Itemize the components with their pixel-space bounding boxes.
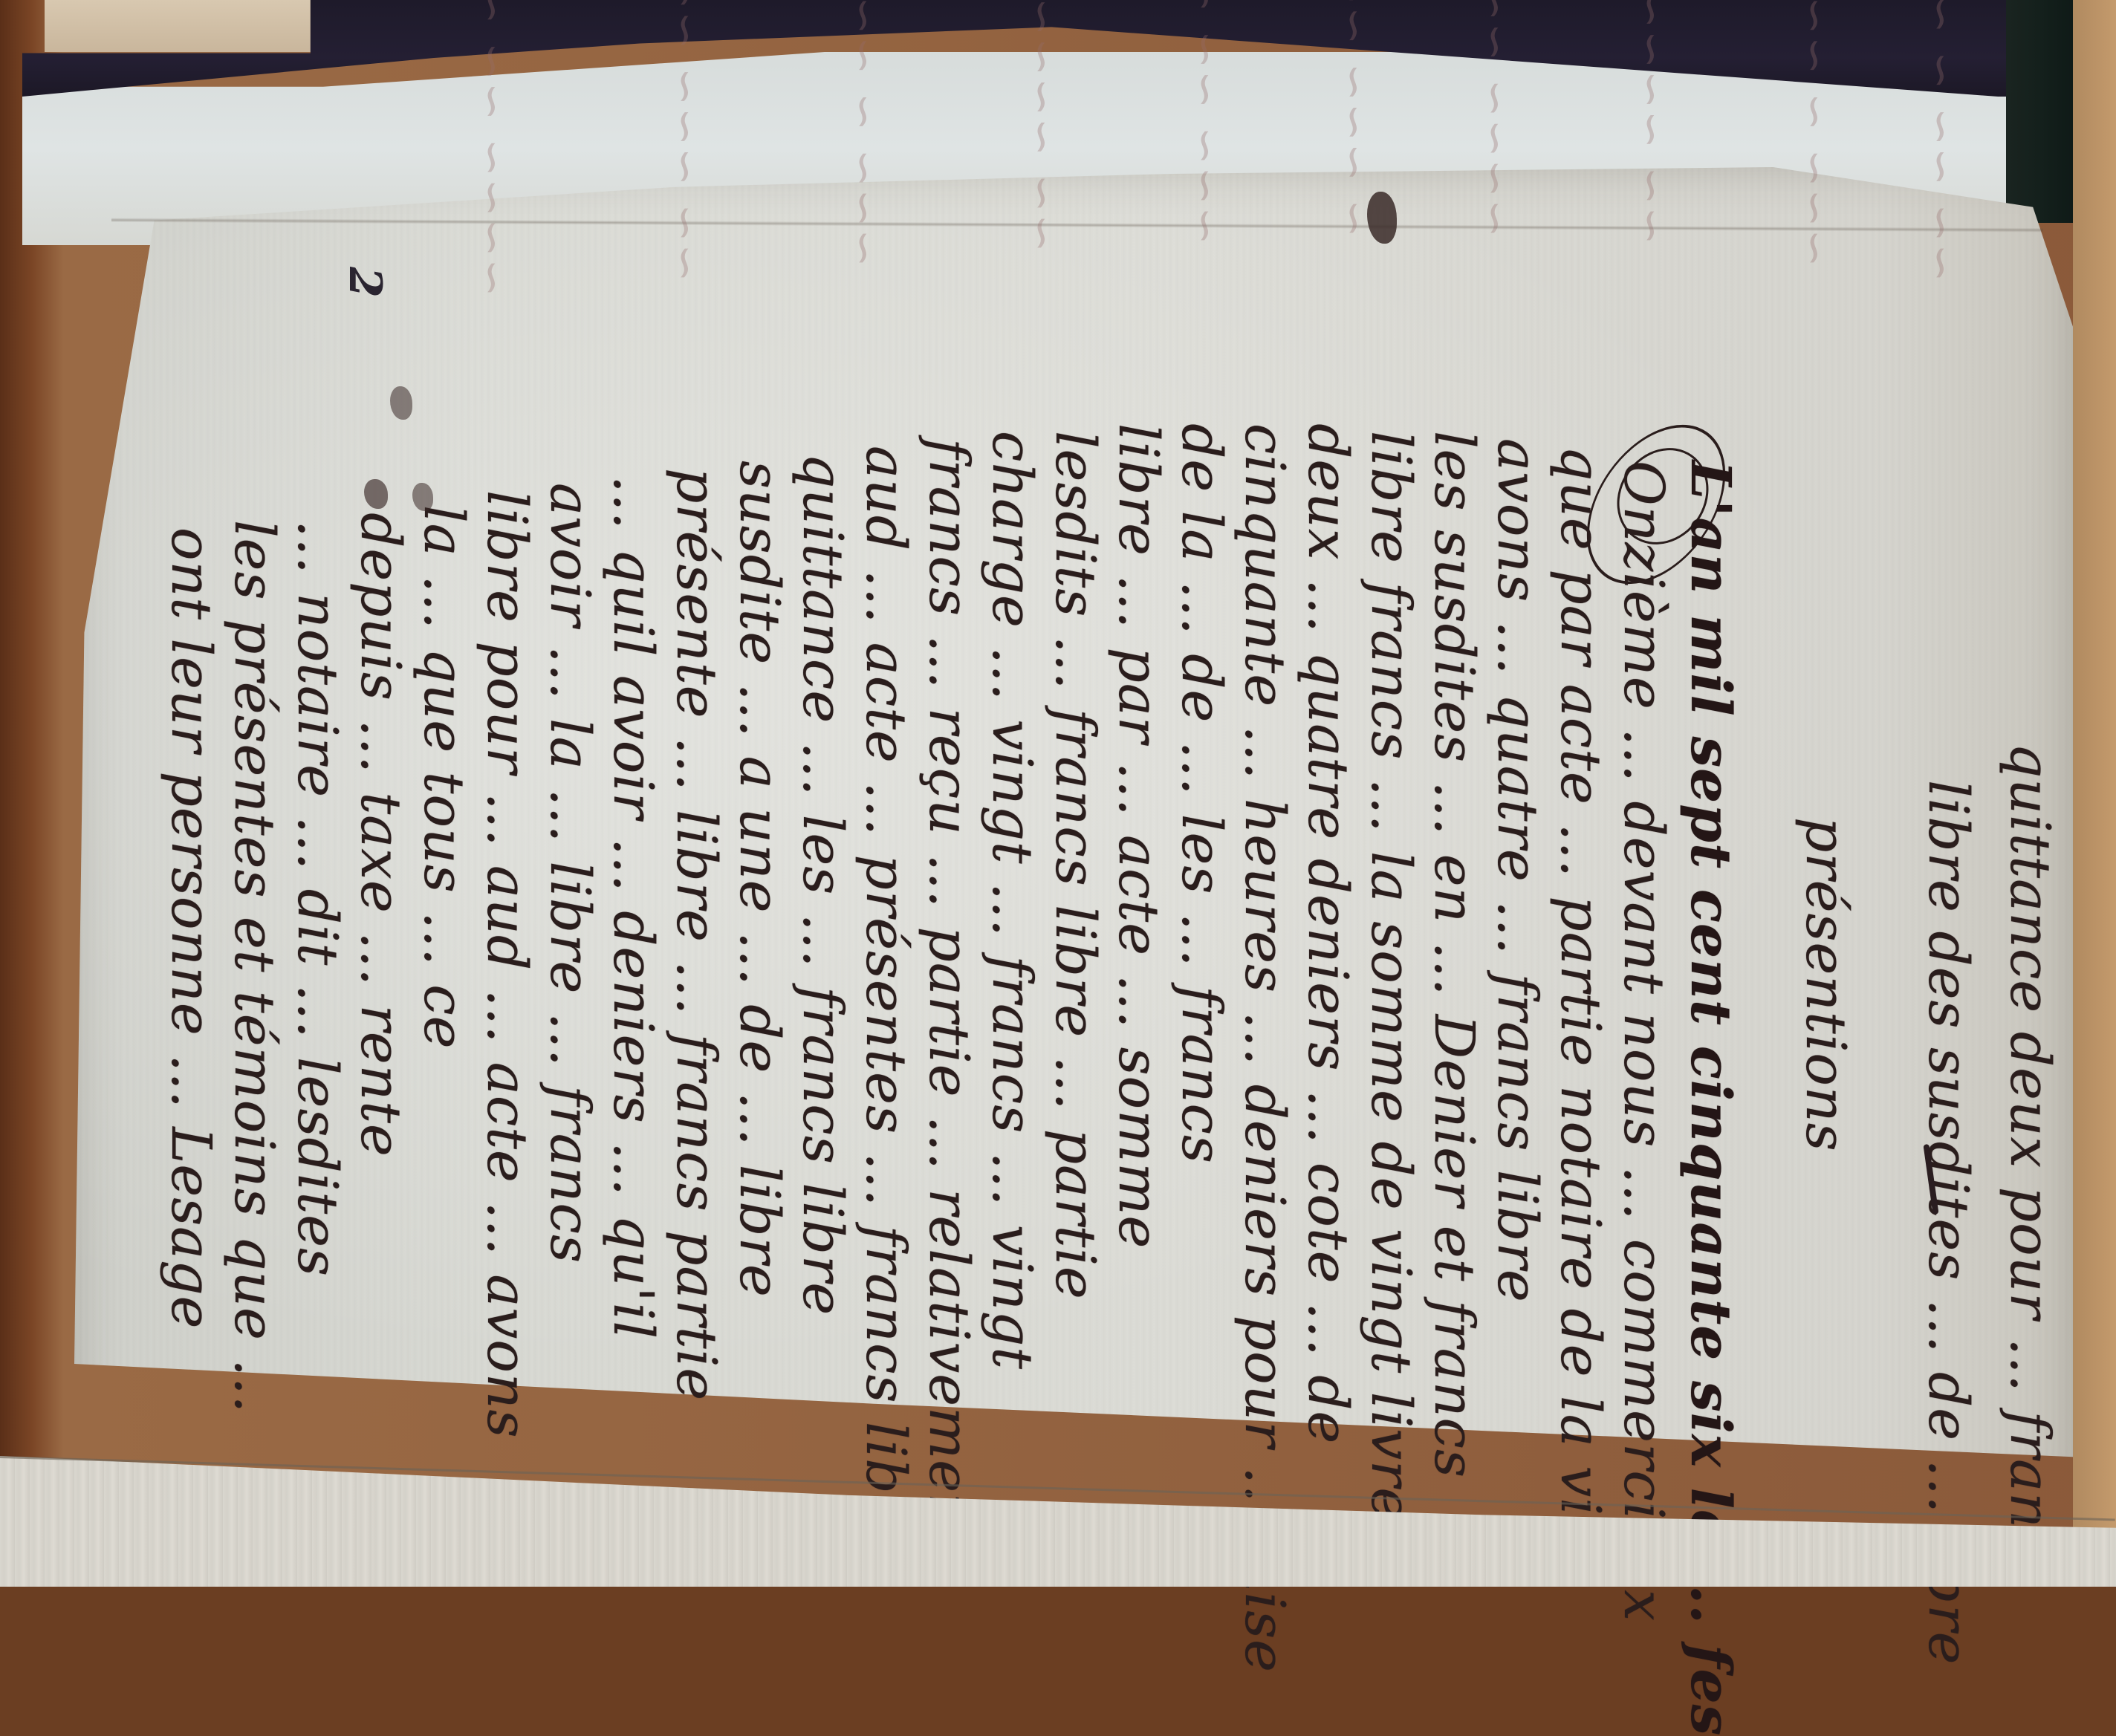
header-line: quittance deux pour ... francs [1998,743,2062,1587]
bleed-through-text: ~~~ ~ ~~~~ ~~ ~~ ~~~ ~~~ [1788,0,1843,267]
header-line: présentions [1794,817,1857,1152]
body-line: francs ... reçu ... partie ... relativem… [917,438,981,1552]
body-line: lesdits ... francs libre ... partie [1043,431,1107,1300]
page-number: 2 [339,267,391,298]
body-line: la ... que tous ... ce [412,505,476,1050]
body-line: de la ... de ... les ... francs [1169,423,1233,1164]
body-line: que par acte ... partie notaire de la vi… [1548,446,1612,1586]
bleed-through-text: ~~ ~~~~ ~ ~~ ~~~ ~~~~ ~ [1016,0,1070,253]
table-surface [2073,0,2116,1587]
bleed-through-text: ~~~~ ~~ ~~ ~~~~ ~ ~~~~~ [1469,0,1523,238]
body-line: présente ... libre ... francs partie [664,468,728,1401]
body-line: les susdites ... en ... Denier et francs [1422,431,1486,1478]
body-line: charge ... vingt ... francs ... vingt [980,431,1044,1370]
bleed-through-text: ~~ ~~~ ~~ ~~~ ~~~~ ~~~ [659,0,713,282]
body-line: libre pour ... aud ... acte ... avons [475,490,539,1439]
book-binding-corner [2006,0,2073,223]
bleed-through-text: ~~~ ~~ ~~~ ~~~~ ~~ ~~~ [1179,0,1233,245]
body-line: cinquante ... heures ... deniers pour ..… [1233,423,1296,1587]
body-line: avons ... quatre ... francs libre [1485,438,1549,1303]
body-line: aud ... acte ... présentes ... francs li… [854,446,918,1555]
body-line: Onzième ... devant nous ... commerciaux [1612,461,1675,1587]
body-line: libre ... par ... acte ... somme [1106,423,1170,1249]
body-line: depuis ... taxe ... rente [348,513,412,1157]
header-line: libre des susdites ... de ... libre [1916,780,1980,1587]
body-line: avoir ... la ... libre ... francs [538,483,602,1264]
background-board [45,0,327,52]
bleed-through-text: ~~ ~~ ~ ~~~ ~~ ~~~~ ~~ ~ [1915,0,1969,282]
body-line: les présentes et témoins que ... [222,520,286,1414]
body-line: quittance ... les ... francs libre [791,453,854,1316]
body-line: ... quil avoir ... deniers ... qu'il [601,475,665,1339]
body-line: ... notaire ... dit ... lesdites [285,520,349,1277]
bleed-through-text: ~~ ~~~~ ~ ~~~ ~~~~ ~~ ~~ [1625,0,1679,245]
bleed-through-text: ~~~ ~ ~~~ ~~~~ ~~ ~~~~ [837,0,892,267]
body-line: L'an mil sept cent cinquante six le ... … [1678,461,1742,1587]
body-line: susdite ... a une ... de ... libre [727,461,791,1298]
bleed-through-text: ~~~~ ~~ ~~~ ~ ~~~ ~~~ [466,0,520,297]
body-line: deux ... quatre deniers ... cote ... de [1296,423,1360,1444]
body-line: ont leur personne ... Lesage [159,527,223,1329]
body-line: libre francs ... la somme de vingt livre… [1359,431,1423,1550]
